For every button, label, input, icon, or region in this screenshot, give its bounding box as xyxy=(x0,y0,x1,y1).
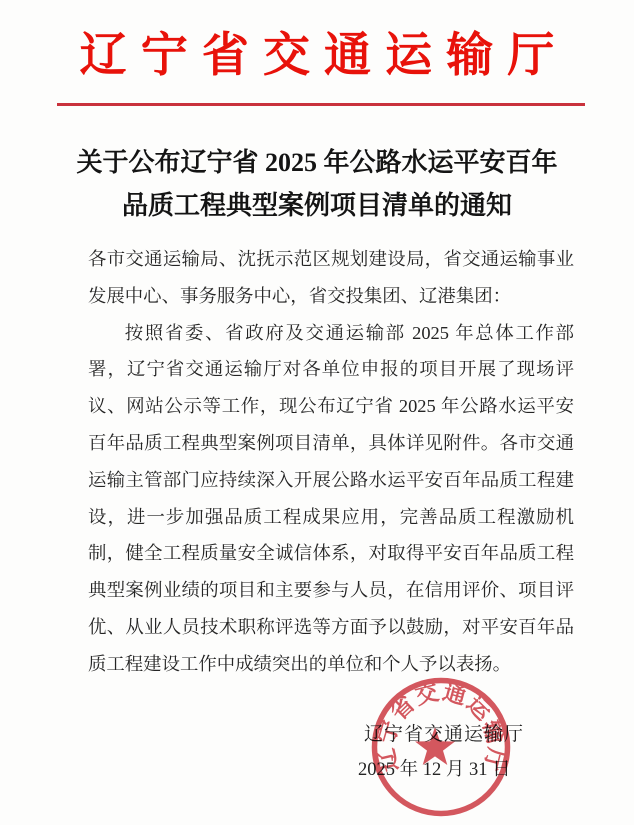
document-body: 各市交通运输局、沈抚示范区规划建设局，省交通运输事业发展中心、事务服务中心，省交… xyxy=(88,241,574,683)
salutation-paragraph: 各市交通运输局、沈抚示范区规划建设局，省交通运输事业发展中心、事务服务中心，省交… xyxy=(88,241,574,315)
main-paragraph: 按照省委、省政府及交通运输部 2025 年总体工作部署，辽宁省交通运输厅对各单位… xyxy=(88,315,574,683)
document-title-line-1: 关于公布辽宁省 2025 年公路水运平安百年 xyxy=(40,141,594,184)
letterhead-divider-line xyxy=(57,103,585,106)
document-page: 辽宁省交通运输厅 关于公布辽宁省 2025 年公路水运平安百年 品质工程典型案例… xyxy=(0,0,634,825)
signature-date: 2025 年 12 月 31 日 xyxy=(358,752,511,789)
document-title-line-2: 品质工程典型案例项目清单的通知 xyxy=(40,184,594,227)
document-title: 关于公布辽宁省 2025 年公路水运平安百年 品质工程典型案例项目清单的通知 xyxy=(40,141,594,227)
signature-org-name: 辽宁省交通运输厅 xyxy=(364,716,524,753)
letterhead-org-title: 辽宁省交通运输厅 xyxy=(0,18,634,85)
